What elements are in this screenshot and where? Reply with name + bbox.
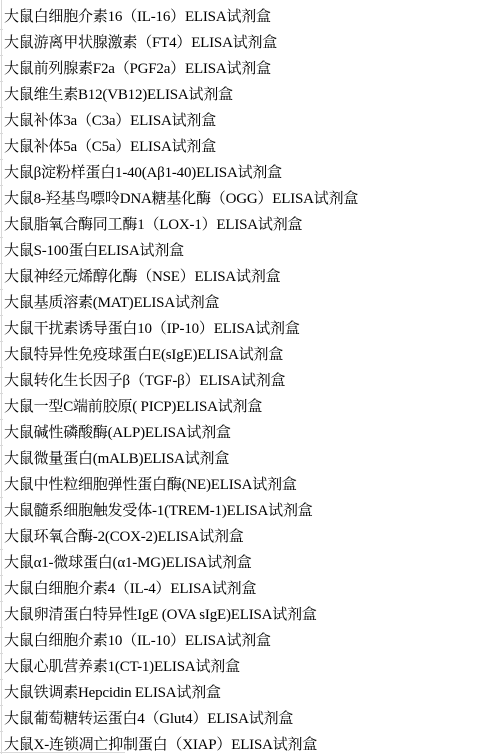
list-item[interactable]: 大鼠基质溶素(MAT)ELISA试剂盒 <box>0 290 502 316</box>
list-item[interactable]: 大鼠心肌营养素1(CT-1)ELISA试剂盒 <box>0 654 502 680</box>
list-item[interactable]: 大鼠前列腺素F2a（PGF2a）ELISA试剂盒 <box>0 56 502 82</box>
list-item[interactable]: 大鼠8-羟基鸟嘌呤DNA糖基化酶（OGG）ELISA试剂盒 <box>0 186 502 212</box>
list-item[interactable]: 大鼠环氧合酶-2(COX-2)ELISA试剂盒 <box>0 524 502 550</box>
list-item[interactable]: 大鼠转化生长因子β（TGF-β）ELISA试剂盒 <box>0 368 502 394</box>
list-item[interactable]: 大鼠卵清蛋白特异性IgE (OVA sIgE)ELISA试剂盒 <box>0 602 502 628</box>
list-item[interactable]: 大鼠游离甲状腺激素（FT4）ELISA试剂盒 <box>0 30 502 56</box>
list-item[interactable]: 大鼠特异性免疫球蛋白E(sIgE)ELISA试剂盒 <box>0 342 502 368</box>
list-item[interactable]: 大鼠α1-微球蛋白(α1-MG)ELISA试剂盒 <box>0 550 502 576</box>
list-item[interactable]: 大鼠髓系细胞触发受体-1(TREM-1)ELISA试剂盒 <box>0 498 502 524</box>
list-item[interactable]: 大鼠β淀粉样蛋白1-40(Aβ1-40)ELISA试剂盒 <box>0 160 502 186</box>
list-item[interactable]: 大鼠中性粒细胞弹性蛋白酶(NE)ELISA试剂盒 <box>0 472 502 498</box>
list-item[interactable]: 大鼠一型C端前胶原( PICP)ELISA试剂盒 <box>0 394 502 420</box>
list-item[interactable]: 大鼠维生素B12(VB12)ELISA试剂盒 <box>0 82 502 108</box>
list-item[interactable]: 大鼠X-连锁凋亡抑制蛋白（XIAP）ELISA试剂盒 <box>0 732 502 754</box>
list-item[interactable]: 大鼠脂氧合酶同工酶1（LOX-1）ELISA试剂盒 <box>0 212 502 238</box>
spreadsheet-column: 大鼠白细胞介素16（IL-16）ELISA试剂盒 大鼠游离甲状腺激素（FT4）E… <box>0 0 502 754</box>
row-gridline <box>0 752 125 753</box>
list-item[interactable]: 大鼠碱性磷酸酶(ALP)ELISA试剂盒 <box>0 420 502 446</box>
list-item[interactable]: 大鼠微量蛋白(mALB)ELISA试剂盒 <box>0 446 502 472</box>
list-item[interactable]: 大鼠白细胞介素4（IL-4）ELISA试剂盒 <box>0 576 502 602</box>
list-item[interactable]: 大鼠铁调素Hepcidin ELISA试剂盒 <box>0 680 502 706</box>
list-item[interactable]: 大鼠葡萄糖转运蛋白4（Glut4）ELISA试剂盒 <box>0 706 502 732</box>
list-item[interactable]: 大鼠干扰素诱导蛋白10（IP-10）ELISA试剂盒 <box>0 316 502 342</box>
list-item[interactable]: 大鼠白细胞介素16（IL-16）ELISA试剂盒 <box>0 4 502 30</box>
list-item[interactable]: 大鼠补体5a（C5a）ELISA试剂盒 <box>0 134 502 160</box>
list-item[interactable]: 大鼠白细胞介素10（IL-10）ELISA试剂盒 <box>0 628 502 654</box>
list-item[interactable]: 大鼠补体3a（C3a）ELISA试剂盒 <box>0 108 502 134</box>
list-item[interactable]: 大鼠S-100蛋白ELISA试剂盒 <box>0 238 502 264</box>
list-item[interactable]: 大鼠神经元烯醇化酶（NSE）ELISA试剂盒 <box>0 264 502 290</box>
product-list: 大鼠白细胞介素16（IL-16）ELISA试剂盒 大鼠游离甲状腺激素（FT4）E… <box>0 4 502 754</box>
